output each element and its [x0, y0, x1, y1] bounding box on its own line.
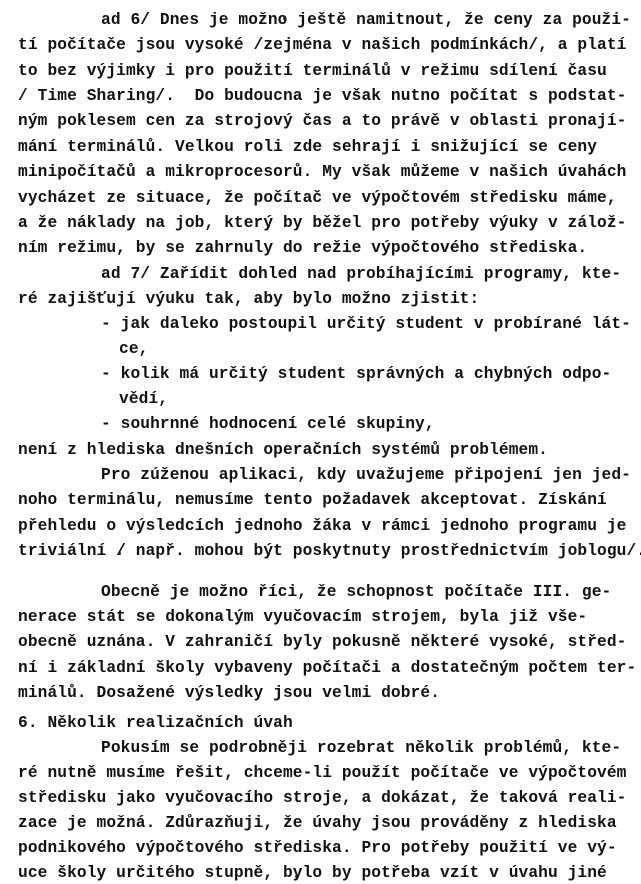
text-line: ré nutně musíme řešit, chceme-li použít …: [18, 763, 626, 783]
bullet-item: - souhrnné hodnocení celé skupiny,: [101, 414, 435, 434]
text-line: není z hlediska dnešních operačních syst…: [18, 440, 548, 460]
text-line: minipočítačů a mikroprocesorů. My však m…: [18, 162, 626, 182]
text-line: a že náklady na job, který by běžel pro …: [18, 213, 626, 233]
text-line: ní i základní školy vybaveny počítači a …: [18, 658, 636, 678]
text-line: zace je možná. Zdůrazňuji, že úvahy jsou…: [18, 813, 617, 833]
text-line: triviální / např. mohou být poskytnuty p…: [18, 541, 641, 561]
text-line: přehledu o výsledcích jednoho žáka v rám…: [18, 516, 626, 536]
text-line: ad 6/ Dnes je možno ještě namitnout, že …: [101, 10, 631, 30]
text-line: mání terminálů. Velkou roli zde sehrají …: [18, 137, 597, 157]
ink-speck: [283, 17, 286, 20]
text-line: tí počítače jsou vysoké /zejména v našic…: [18, 35, 626, 55]
text-line: to bez výjimky i pro použití terminálů v…: [18, 61, 607, 81]
text-line: vycházet ze situace, že počítač ve výpoč…: [18, 188, 617, 208]
text-line: ným poklesem cen za strojový čas a to pr…: [18, 111, 626, 131]
bullet-item: - jak daleko postoupil určitý student v …: [101, 314, 631, 334]
text-line: noho terminálu, nemusíme tento požadavek…: [18, 490, 607, 510]
text-line: vědí,: [119, 389, 168, 409]
text-line: / Time Sharing/. Do budoucna je však nut…: [18, 86, 626, 106]
text-line: ním režimu, by se zahrnuly do režie výpo…: [18, 238, 587, 258]
ink-speck: [118, 552, 121, 555]
text-line: středisku jako vyučovacího stroje, a dok…: [18, 788, 626, 808]
section-heading: 6. Několik realizačních úvah: [18, 713, 293, 733]
text-line: minálů. Dosažené výsledky jsou velmi dob…: [18, 683, 440, 703]
bullet-item: - kolik má určitý student správných a ch…: [101, 364, 611, 384]
text-line: obecně uznána. V zahraničí byly pokusně …: [18, 632, 626, 652]
text-line: ce,: [119, 339, 148, 359]
text-line: uce školy určitého stupně, bylo by potře…: [18, 863, 607, 883]
text-line: Pokusím se podrobněji rozebrat několik p…: [101, 738, 621, 758]
text-line: podnikového výpočtového střediska. Pro p…: [18, 838, 617, 858]
text-line: ad 7/ Zařídit dohled nad probíhajícími p…: [101, 264, 621, 284]
text-line: Pro zúženou aplikaci, kdy uvažujeme přip…: [101, 465, 631, 485]
ink-speck: [295, 875, 298, 878]
text-line: ré zajišťují výuku tak, aby bylo možno z…: [18, 289, 479, 309]
text-line: nerace stát se dokonalým vyučovacím stro…: [18, 607, 587, 627]
text-line: Obecně je možno říci, že schopnost počít…: [101, 582, 611, 602]
typewritten-page: ad 6/ Dnes je možno ještě namitnout, že …: [0, 0, 641, 884]
